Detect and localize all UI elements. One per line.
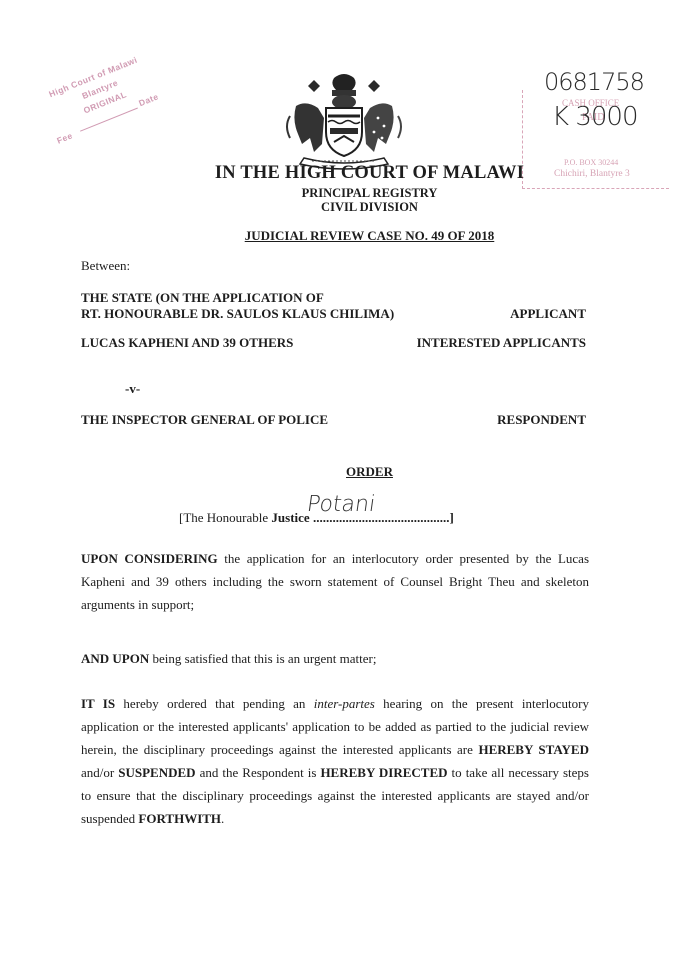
p3-text1: hereby ordered that pending an	[115, 696, 314, 711]
interested-applicants-role: INTERESTED APPLICANTS	[417, 335, 586, 351]
interested-applicants-name: LUCAS KAPHENI AND 39 OTHERS	[81, 335, 293, 351]
versus-label: -v-	[125, 381, 140, 397]
p3-bold1: IT IS	[81, 696, 115, 711]
order-title: ORDER	[30, 464, 679, 480]
malawi-coat-of-arms-icon	[278, 72, 410, 172]
stamp-line-date: Date	[137, 91, 160, 108]
division-label: CIVIL DIVISION	[30, 200, 679, 215]
p1-bold: UPON CONSIDERING	[81, 551, 218, 566]
applicant-name-line2: RT. HONOURABLE DR. SAULOS KLAUS CHILIMA)	[81, 306, 394, 322]
paragraph-upon-considering: UPON CONSIDERING the application for an …	[81, 547, 589, 616]
case-number: JUDICIAL REVIEW CASE NO. 49 OF 2018	[30, 228, 679, 244]
respondent-name: THE INSPECTOR GENERAL OF POLICE	[81, 412, 328, 428]
handwritten-receipt-number: 0681758	[544, 68, 644, 96]
applicant-name-line1: THE STATE (ON THE APPLICATION OF	[81, 290, 324, 306]
justice-signature: Potani	[305, 492, 377, 517]
p3-bold5: FORTHWITH	[138, 811, 221, 826]
p3-bold3: SUSPENDED	[118, 765, 195, 780]
registry-label: PRINCIPAL REGISTRY	[30, 186, 679, 201]
applicant-role: APPLICANT	[510, 306, 586, 322]
respondent-role: RESPONDENT	[497, 412, 586, 428]
p3-text6: .	[221, 811, 224, 826]
p3-italic: inter-partes	[314, 696, 375, 711]
justice-label: Justice	[271, 510, 309, 525]
handwritten-fee-amount: K 3000	[552, 102, 637, 132]
paragraph-and-upon: AND UPON being satisfied that this is an…	[81, 647, 589, 670]
p2-text: being satisfied that this is an urgent m…	[149, 651, 376, 666]
court-title: IN THE HIGH COURT OF MALAWI	[30, 163, 679, 184]
p3-text4: and the Respondent is	[196, 765, 321, 780]
p2-bold: AND UPON	[81, 651, 149, 666]
p3-bold4: HEREBY DIRECTED	[320, 765, 447, 780]
p3-text3: and/or	[81, 765, 118, 780]
paragraph-it-is-ordered: IT IS hereby ordered that pending an int…	[81, 692, 589, 830]
stamp-line-fee: Fee	[55, 130, 74, 145]
p3-bold2: HEREBY STAYED	[478, 742, 589, 757]
justice-prefix: [The Honourable	[179, 510, 271, 525]
between-label: Between:	[81, 258, 130, 274]
